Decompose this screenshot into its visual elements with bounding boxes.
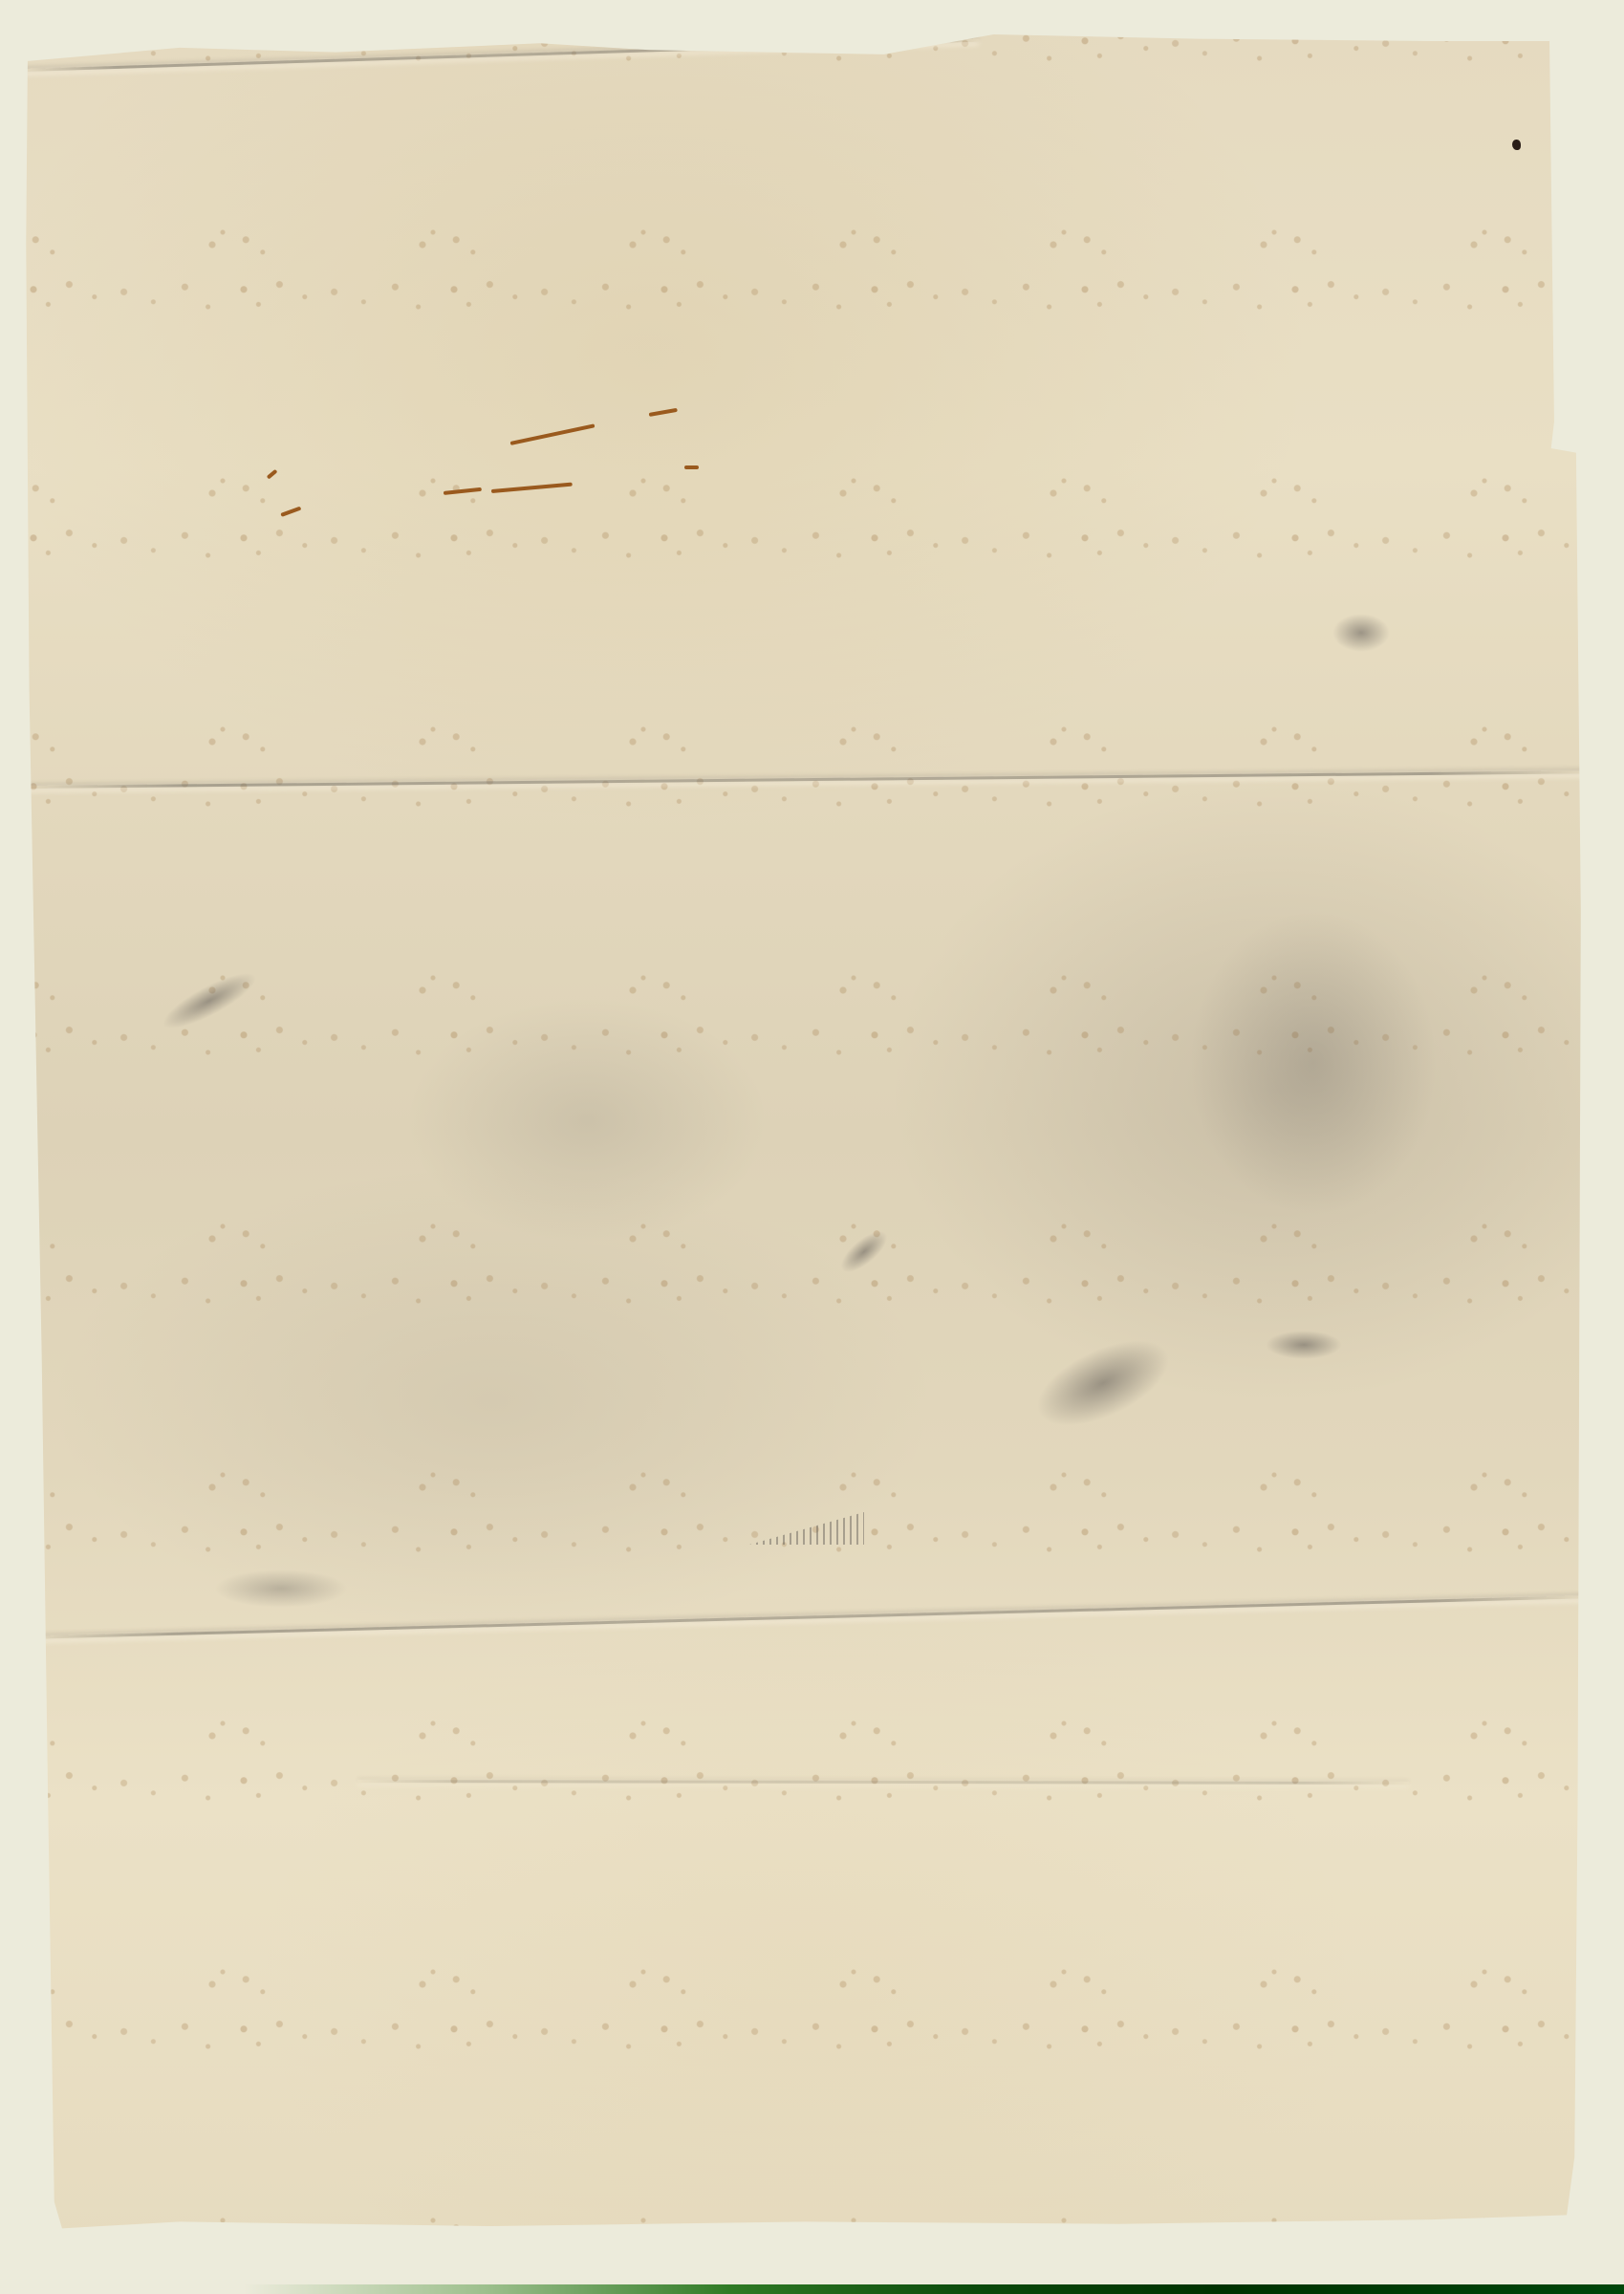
paper-sheet (23, 21, 1589, 2246)
graphite-shadow-area (405, 996, 769, 1244)
graphite-smudge (214, 1569, 348, 1608)
rust-stain (684, 465, 699, 469)
graphite-smudge (1266, 1331, 1342, 1359)
graphite-smudge (1332, 614, 1390, 652)
ink-dot (1512, 140, 1521, 150)
scan-color-bar (0, 2284, 1624, 2294)
graphite-shadow-area (1189, 910, 1438, 1216)
